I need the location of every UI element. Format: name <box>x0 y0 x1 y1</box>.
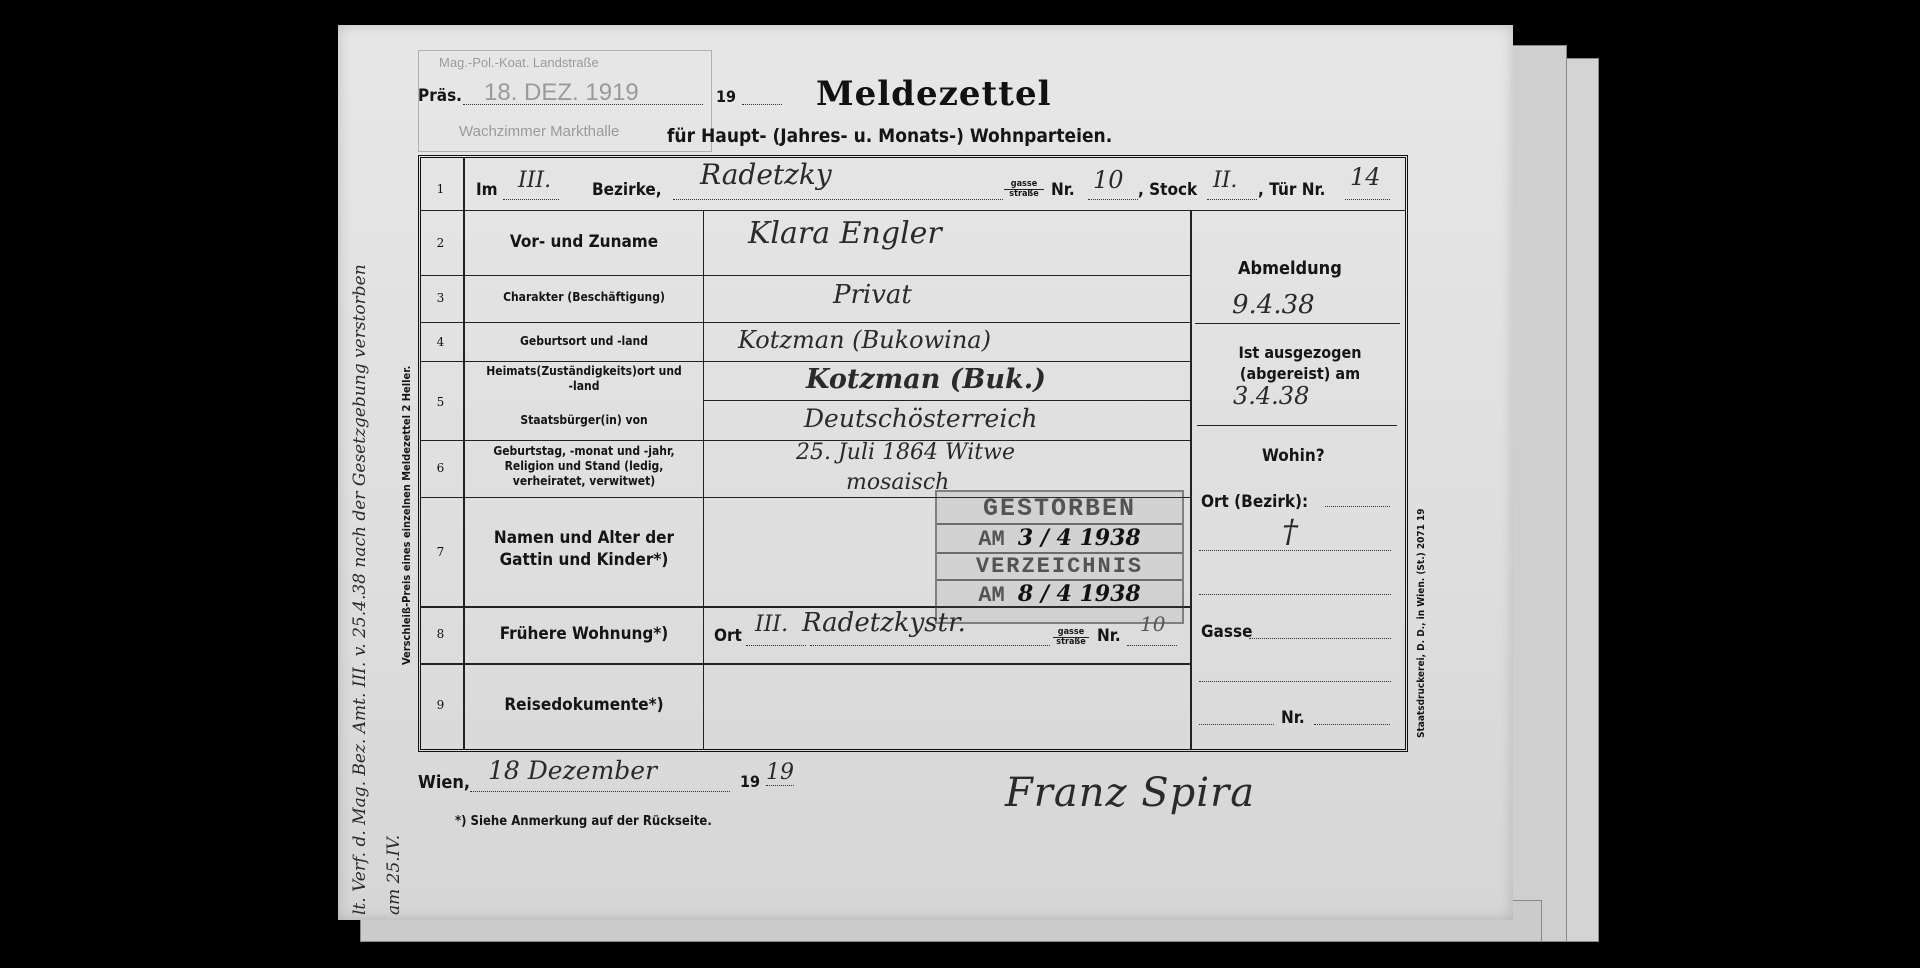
row1-street-line <box>673 199 1003 200</box>
row1-bezirke-label: Bezirke, <box>592 180 662 200</box>
wohin-line-1 <box>1199 550 1391 551</box>
row5b-citizenship-value: Deutschösterreich <box>804 404 1037 433</box>
printer-imprint: Staatsdruckerei, D. D., in Wien. (St.) 2… <box>1416 508 1427 738</box>
death-stamp-register-am: AM <box>978 583 1004 608</box>
row1-nr-label: Nr. <box>1051 180 1075 200</box>
row9-label: Reisedokumente*) <box>466 694 702 716</box>
row1-district-value: III. <box>518 168 551 193</box>
footer-date-line <box>470 791 730 792</box>
row-number: 5 <box>418 395 463 409</box>
row-number: 3 <box>418 291 463 305</box>
received-stamp-date: 18. DEZ. 1919 <box>484 79 639 107</box>
footer-year-suffix: 19 <box>766 760 794 786</box>
form-title: Meldezettel <box>816 74 1052 114</box>
row-divider <box>421 322 1190 323</box>
row8-gasse-label: gasse straße <box>1053 628 1089 647</box>
row8-ort-value: III. <box>755 612 788 637</box>
row3-label: Charakter (Beschäftigung) <box>466 290 702 305</box>
ort-bezirk-line <box>1325 506 1390 507</box>
row-divider <box>703 400 1190 401</box>
row8-nr-line <box>1127 645 1177 646</box>
row1-stock-line <box>1207 199 1257 200</box>
row1-nr-value: 10 <box>1093 166 1124 194</box>
row8-gasse-bottom: straße <box>1053 638 1089 647</box>
abmeldung-nr-label: Nr. <box>1281 708 1305 728</box>
col-divider-number <box>463 158 465 749</box>
row-number: 2 <box>418 236 463 250</box>
row5b-label: Staatsbürger(in) von <box>466 413 702 428</box>
death-stamp-register-row: AM 8 / 4 1938 <box>937 579 1182 608</box>
row8-label: Frühere Wohnung*) <box>466 623 702 645</box>
row8-nr-value: 10 <box>1140 612 1165 636</box>
row5-label: Heimats(Zuständigkeits)ort und -land <box>486 364 682 394</box>
row1-door-line <box>1345 199 1390 200</box>
row-number: 9 <box>418 698 463 712</box>
row6-label: Geburtstag, -monat und -jahr, Religion u… <box>472 444 696 489</box>
row-divider <box>421 210 1405 211</box>
received-stamp-office: Mag.-Pol.-Koat. Landstraße <box>439 55 599 70</box>
row8-ort-line <box>746 645 806 646</box>
moved-divider <box>1197 425 1397 426</box>
received-stamp-station: Wachzimmer Markthalle <box>459 123 619 140</box>
margin-note-printed-price: Verschleiß-Preis eines einzelnen Meldeze… <box>400 366 413 665</box>
row1-stock-label: , Stock <box>1138 180 1197 200</box>
form-subtitle: für Haupt- (Jahres- u. Monats-) Wohnpart… <box>667 125 1112 147</box>
abmeldung-date: 9.4.38 <box>1232 290 1315 320</box>
praes-year-line <box>742 104 782 105</box>
row8-street-value: Radetzkystr. <box>802 608 966 638</box>
praes-label: Präs. <box>418 86 462 106</box>
row4-label: Geburtsort und -land <box>466 334 702 349</box>
row-divider <box>421 275 1190 276</box>
row6-birthdate-value: 25. Juli 1864 Witwe <box>796 440 1015 465</box>
footer-note: *) Siehe Anmerkung auf der Rückseite. <box>455 814 712 829</box>
ort-bezirk-value: † <box>1282 512 1298 550</box>
row2-label: Vor- und Zuname <box>466 231 702 253</box>
row-divider <box>421 361 1190 362</box>
death-stamp-date-row: AM 3 / 4 1938 <box>937 523 1182 554</box>
death-stamp-am: AM <box>978 527 1004 552</box>
row1-street-value: Radetzky <box>700 158 832 191</box>
row8-street-line <box>810 645 1050 646</box>
row5-home-town-value: Kotzman (Buk.) <box>806 364 1046 395</box>
praes-line <box>463 104 703 105</box>
death-stamp: GESTORBEN AM 3 / 4 1938 VERZEICHNIS AM 8… <box>935 490 1184 624</box>
death-stamp-register: VERZEICHNIS <box>937 554 1182 579</box>
death-stamp-register-date: 8 / 4 1938 <box>1018 581 1141 607</box>
moved-out-date: 3.4.38 <box>1233 382 1309 410</box>
wohin-label: Wohin? <box>1262 446 1325 466</box>
row1-nr-line <box>1088 199 1138 200</box>
row1-im-label: Im <box>476 180 498 200</box>
row-number: 6 <box>418 461 463 475</box>
wohin-line-3 <box>1199 681 1391 682</box>
row-number: 7 <box>418 545 463 559</box>
wohin-line-2 <box>1199 594 1391 595</box>
abmeldung-heading: Abmeldung <box>1238 258 1342 279</box>
row8-ort-label: Ort <box>714 626 742 646</box>
col-divider-abmeldung <box>1190 210 1192 749</box>
footer-year-prefix: 19 <box>740 772 760 791</box>
death-stamp-date: 3 / 4 1938 <box>1018 525 1141 551</box>
page-stack-mid <box>1510 45 1567 942</box>
row4-birthplace-value: Kotzman (Bukowina) <box>738 326 991 354</box>
row-divider <box>421 663 1190 665</box>
row8-nr-label: Nr. <box>1097 626 1121 646</box>
row1-door-value: 14 <box>1350 163 1381 191</box>
gasse-line <box>1249 638 1391 639</box>
gasse-label: Gasse <box>1201 622 1252 642</box>
row6-religion-value: mosaisch <box>846 470 949 495</box>
row1-gasse-bottom: straße <box>1004 190 1044 199</box>
abmeldung-divider <box>1195 323 1400 324</box>
col-divider-label <box>703 210 704 749</box>
ort-bezirk-label: Ort (Bezirk): <box>1201 492 1308 512</box>
death-stamp-title: GESTORBEN <box>937 494 1182 523</box>
row1-stock-value: II. <box>1213 168 1237 193</box>
footer-date: 18 Dezember <box>488 756 657 785</box>
footer-place: Wien, <box>418 772 470 793</box>
row-number: 1 <box>418 182 463 196</box>
moved-out-label: Ist ausgezogen (abgereist) am <box>1225 342 1375 384</box>
margin-note-handwritten-2: am 25.IV. <box>384 835 404 915</box>
nr-line-right <box>1314 724 1390 725</box>
row-number: 4 <box>418 335 463 349</box>
praes-year-prefix: 19 <box>716 87 736 106</box>
row1-gasse-label: gasse straße <box>1004 180 1044 199</box>
row1-district-line <box>503 199 559 200</box>
row7-label: Namen und Alter der Gattin und Kinder*) <box>476 527 692 571</box>
row2-name-value: Klara Engler <box>748 216 942 251</box>
row1-door-label: , Tür Nr. <box>1258 180 1325 200</box>
registrar-signature: Franz Spira <box>1005 770 1255 816</box>
row-number: 8 <box>418 627 463 641</box>
row3-occupation-value: Privat <box>833 280 912 310</box>
nr-line-left <box>1199 724 1274 725</box>
margin-note-handwritten-1: lt. Verf. d. Mag. Bez. Amt. III. v. 25.4… <box>350 55 370 915</box>
